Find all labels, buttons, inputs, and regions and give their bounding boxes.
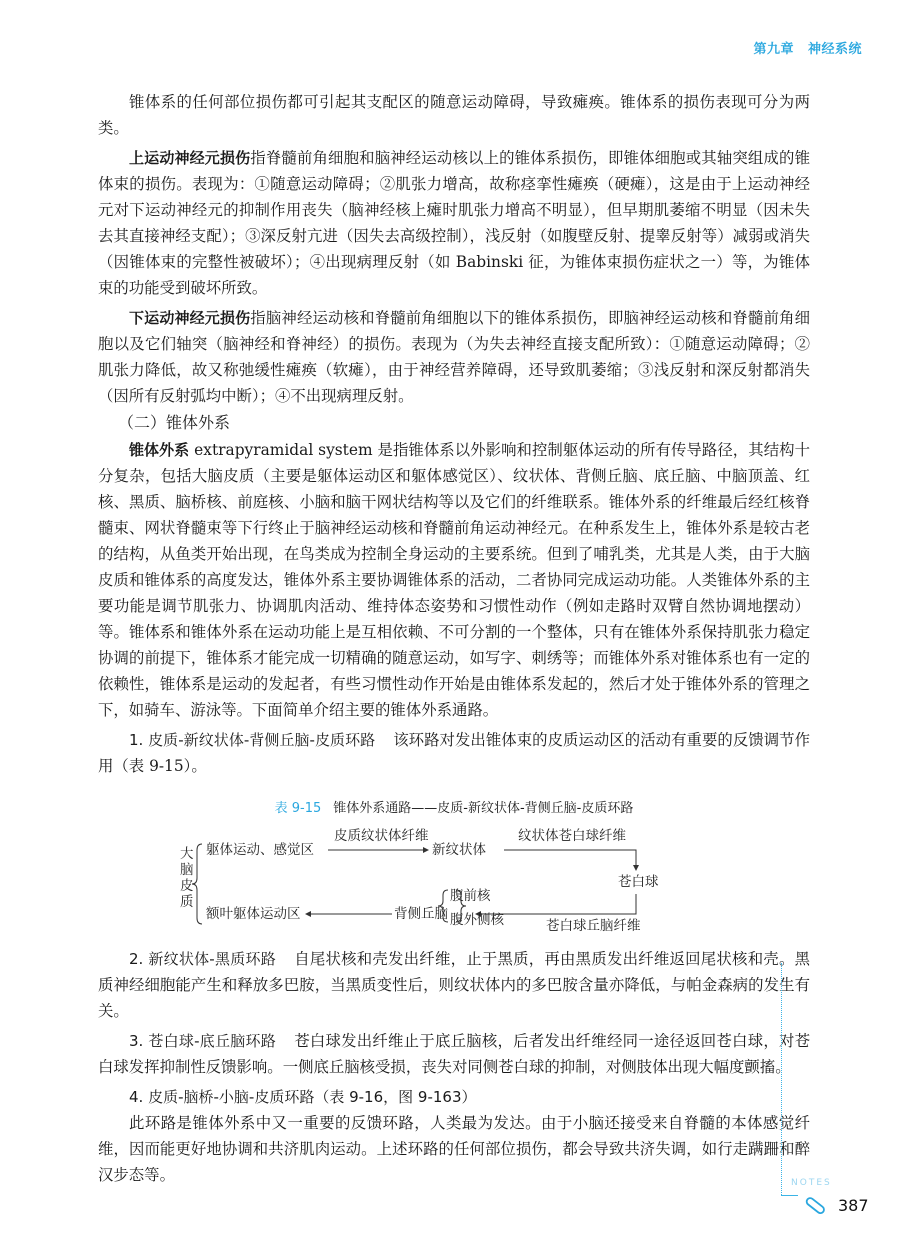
chapter-number: 第九章 xyxy=(753,42,794,57)
notes-margin-line xyxy=(781,963,782,1195)
paragraph-lower-motor-neuron: 下运动神经元损伤指脑神经运动核和脊髓前角细胞以下的锥体系损伤，即脑神经运动核和脊… xyxy=(98,305,810,409)
section-heading-extrapyramidal: （二）锥体外系 xyxy=(98,409,810,437)
paragraph-extrapyramidal: 锥体外系 extrapyramidal system 是指锥体系以外影响和控制躯… xyxy=(98,437,810,723)
node-thalamus: 背侧丘脑 xyxy=(394,906,448,922)
edge-cortico-striatal: 皮质纹状体纤维 xyxy=(334,828,429,844)
subheading-loop-4: 4. 皮质-脑桥-小脑-皮质环路（表 9-16，图 9-163） xyxy=(98,1084,810,1110)
table-caption: 表 9-15锥体外系通路——皮质-新纹状体-背侧丘脑-皮质环路 xyxy=(98,797,810,816)
node-neostriatum: 新纹状体 xyxy=(432,842,486,858)
page-body: 锥体系的任何部位损伤都可引起其支配区的随意运动障碍，导致瘫痪。锥体系的损伤表现可… xyxy=(98,89,810,1188)
table-title: 锥体外系通路——皮质-新纹状体-背侧丘脑-皮质环路 xyxy=(333,801,633,816)
paragraph-loop-3: 3. 苍白球-底丘脑环路苍白球发出纤维止于底丘脑核，后者发出纤维经同一途径返回苍… xyxy=(98,1028,810,1080)
node-nucleus-vl: 腹外侧核 xyxy=(450,912,504,928)
edge-pallido-thalamic: 苍白球丘脑纤维 xyxy=(546,918,641,934)
subheading-loop-3: 3. 苍白球-底丘脑环路 xyxy=(129,1032,276,1050)
paragraph-intro: 锥体系的任何部位损伤都可引起其支配区的随意运动障碍，导致瘫痪。锥体系的损伤表现可… xyxy=(98,89,810,141)
edge-striato-pallidal: 纹状体苍白球纤维 xyxy=(518,828,626,844)
node-somatic-area: 躯体运动、感觉区 xyxy=(206,842,314,858)
paragraph-loop-1: 1. 皮质-新纹状体-背侧丘脑-皮质环路该环路对发出锥体束的皮质运动区的活动有重… xyxy=(98,727,810,779)
table-number: 表 9-15 xyxy=(275,801,322,816)
page-number: 387 xyxy=(838,1196,869,1215)
pathway-diagram: 大脑皮质 躯体运动、感觉区 皮质纹状体纤维 新纹状体 纹状体苍白球纤维 苍白球 … xyxy=(98,824,810,934)
paragraph-loop-2: 2. 新纹状体-黑质环路自尾状核和壳发出纤维，止于黑质，再由黑质发出纤维返回尾状… xyxy=(98,946,810,1024)
paragraph-upper-motor-neuron: 上运动神经元损伤指脊髓前角细胞和脑神经运动核以上的锥体系损伤，即锥体细胞或其轴突… xyxy=(98,145,810,301)
subheading-loop-4-text: 4. 皮质-脑桥-小脑-皮质环路（表 9-16，图 9-163） xyxy=(129,1088,477,1106)
paragraph-loop-4: 此环路是锥体外系中又一重要的反馈环路，人类最为发达。由于小脑还接受来自脊髓的本体… xyxy=(98,1110,810,1188)
paragraph-text: extrapyramidal system 是指锥体系以外影响和控制躯体运动的所… xyxy=(98,441,810,719)
term-lower-motor-neuron: 下运动神经元损伤 xyxy=(129,309,250,327)
node-frontal-area: 额叶躯体运动区 xyxy=(206,906,301,922)
term-upper-motor-neuron: 上运动神经元损伤 xyxy=(129,149,250,167)
paragraph-text: 指脊髓前角细胞和脑神经运动核以上的锥体系损伤，即锥体细胞或其轴突组成的锥体束的损… xyxy=(98,149,810,297)
node-nucleus-va: 腹前核 xyxy=(450,888,491,904)
running-header: 第九章神经系统 xyxy=(753,38,862,57)
term-extrapyramidal: 锥体外系 xyxy=(129,441,189,459)
notes-base-line xyxy=(781,1195,798,1196)
paperclip-icon xyxy=(803,1196,827,1218)
node-cortex: 大脑皮质 xyxy=(180,846,194,910)
notes-label: NOTES xyxy=(791,1178,832,1188)
chapter-title: 神经系统 xyxy=(808,42,862,57)
node-pallidum: 苍白球 xyxy=(618,874,659,890)
subheading-loop-1: 1. 皮质-新纹状体-背侧丘脑-皮质环路 xyxy=(129,731,375,749)
subheading-loop-2: 2. 新纹状体-黑质环路 xyxy=(129,950,276,968)
